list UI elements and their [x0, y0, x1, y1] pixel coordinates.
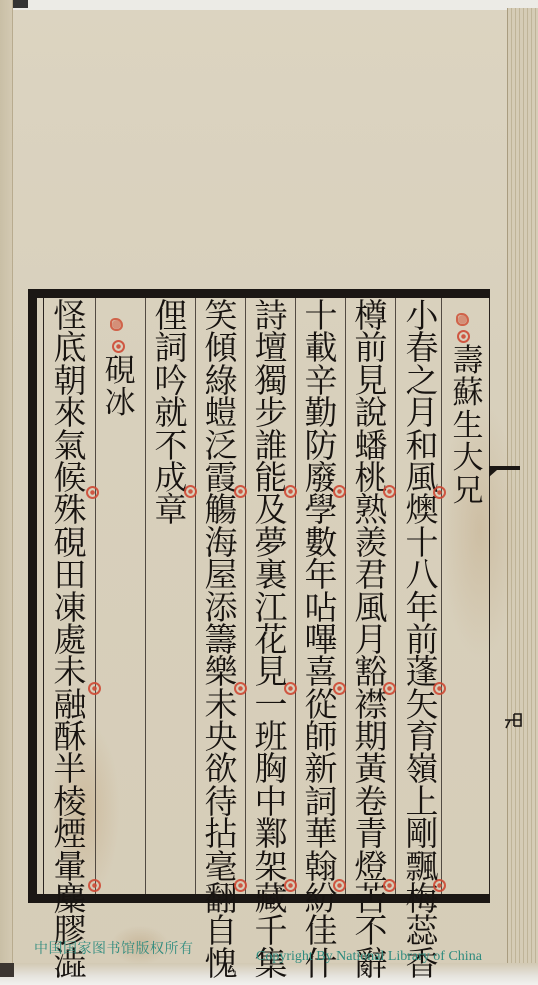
- character: 觴: [199, 494, 243, 526]
- character: 屋: [199, 559, 243, 591]
- circle-punctuation-icon: [333, 682, 346, 695]
- circle-punctuation-icon: [234, 485, 247, 498]
- title-seal-icon: [456, 313, 469, 326]
- character: 蕊: [400, 915, 444, 947]
- character: 章: [149, 494, 193, 526]
- circle-punctuation-icon: [86, 486, 99, 499]
- character: 鄴: [249, 818, 293, 850]
- poem-title-column: 壽 蘇 生 大 兄: [443, 345, 493, 507]
- circle-punctuation-icon: [234, 682, 247, 695]
- character: 壇: [249, 332, 293, 364]
- circle-punctuation-icon: [433, 486, 446, 499]
- margin-page-mark-icon: [504, 712, 528, 730]
- character: 愧: [199, 948, 243, 980]
- frame-left-border: [28, 289, 37, 903]
- character: 詞: [149, 332, 193, 364]
- character: 自: [199, 915, 243, 947]
- character: 裏: [249, 559, 293, 591]
- circle-punctuation-icon: [184, 485, 197, 498]
- circle-punctuation-icon: [383, 485, 396, 498]
- previous-page-edge: [0, 0, 13, 985]
- circle-punctuation-icon: [284, 682, 297, 695]
- character: 殊: [48, 494, 92, 526]
- title-seal-icon: [457, 330, 470, 343]
- character: 硯: [98, 355, 142, 387]
- character: 半: [48, 753, 92, 785]
- circle-punctuation-icon: [383, 682, 396, 695]
- circle-punctuation-icon: [284, 485, 297, 498]
- character: 嶺: [400, 753, 444, 785]
- character: 煙: [48, 818, 92, 850]
- character: 佳: [299, 915, 343, 947]
- poem-title-column: 硯 冰: [95, 355, 145, 420]
- character: 君: [349, 559, 393, 591]
- character: 前: [349, 332, 393, 364]
- character: 年: [299, 559, 343, 591]
- character: 胸: [249, 753, 293, 785]
- character: 八: [400, 559, 444, 591]
- character: 大: [446, 442, 490, 474]
- circle-punctuation-icon: [284, 879, 297, 892]
- frame-inner-left-rule: [43, 298, 44, 894]
- circle-punctuation-icon: [234, 879, 247, 892]
- character: 說: [349, 397, 393, 429]
- character: 冰: [98, 387, 142, 419]
- title-seal-icon: [112, 340, 125, 353]
- character: 步: [249, 397, 293, 429]
- character: 青: [349, 818, 393, 850]
- character: 螘: [199, 397, 243, 429]
- character: 勤: [299, 397, 343, 429]
- circle-punctuation-icon: [433, 682, 446, 695]
- character: 就: [149, 397, 193, 429]
- character: 月: [400, 397, 444, 429]
- fish-tail-mark-icon: [489, 464, 520, 478]
- character: 未: [48, 656, 92, 688]
- character: 兄: [446, 475, 490, 507]
- character: 生: [446, 410, 490, 442]
- character: 不: [349, 915, 393, 947]
- character: 來: [48, 397, 92, 429]
- bottom-left-shadow: [0, 963, 14, 977]
- watermark-english: Copyright By National Library of China: [256, 949, 482, 965]
- top-background-strip: [0, 0, 538, 10]
- character: 傾: [199, 332, 243, 364]
- character: 拈: [199, 818, 243, 850]
- character: 燠: [400, 494, 444, 526]
- character: 載: [299, 332, 343, 364]
- character: 華: [299, 818, 343, 850]
- character: 千: [249, 915, 293, 947]
- character: 及: [249, 494, 293, 526]
- character: 學: [299, 494, 343, 526]
- character: 壽: [446, 345, 490, 377]
- circle-punctuation-icon: [88, 879, 101, 892]
- circle-punctuation-icon: [383, 879, 396, 892]
- poem-line-column: 怪 底 朝 來 氣 候 殊 硯 田 凍 處 未 融 酥 半 棱 煙 暈 麋 膠 …: [45, 300, 95, 980]
- circle-punctuation-icon: [333, 485, 346, 498]
- title-seal-icon: [110, 318, 123, 331]
- character: 春: [400, 332, 444, 364]
- circle-punctuation-icon: [333, 879, 346, 892]
- character: 蘇: [446, 377, 490, 409]
- character: 剛: [400, 818, 444, 850]
- character: 田: [48, 559, 92, 591]
- character: 底: [48, 332, 92, 364]
- circle-punctuation-icon: [433, 879, 446, 892]
- watermark-chinese: 中国国家图书馆版权所有: [34, 938, 194, 958]
- circle-punctuation-icon: [88, 682, 101, 695]
- character: 新: [299, 753, 343, 785]
- character: 熟: [349, 494, 393, 526]
- character: 欲: [199, 753, 243, 785]
- scanned-page: 壽 蘇 生 大 兄 小 春 之 月 和 風 燠 十 八 年 前 蓬 矢 育 嶺 …: [0, 0, 538, 985]
- character: 黃: [349, 753, 393, 785]
